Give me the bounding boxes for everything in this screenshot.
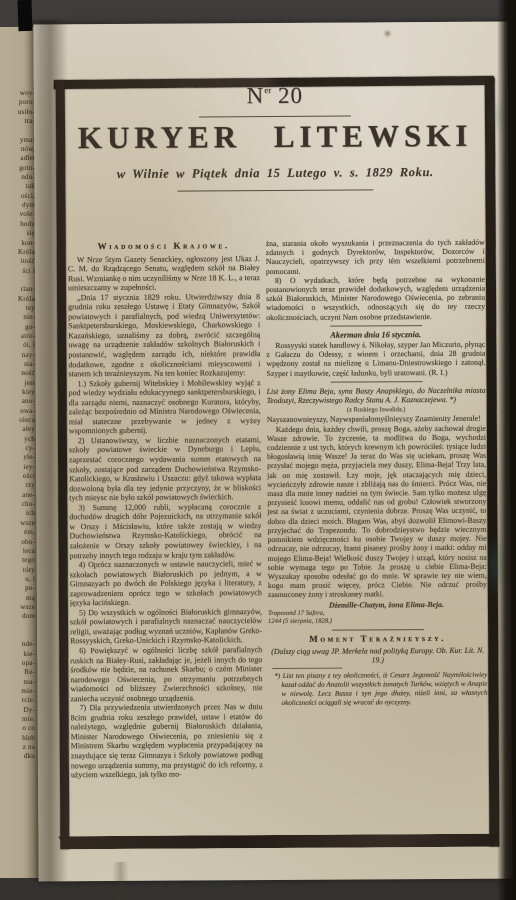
right-column: żna, starania około wyszukania i przezna…	[266, 238, 489, 833]
separator-rule	[332, 629, 424, 631]
paper-crease	[113, 862, 129, 900]
dateline: w Wilnie w Piątek dnia 15 Lutego v. s. 1…	[57, 165, 493, 183]
paragraph: List żony Elima Beja, syna Baszy Anapski…	[267, 386, 486, 406]
text-fragment	[0, 622, 40, 631]
text-fragment: ność	[0, 369, 40, 378]
paragraph: 5) Do wszystkich w ogólności Białoruskic…	[70, 607, 262, 646]
text-fragment: yle-	[0, 453, 40, 462]
text-fragment: Re-	[0, 668, 40, 677]
text-fragment: iey-	[0, 463, 40, 472]
text-fragment: ych	[0, 435, 40, 444]
paragraph: 1.) Szkoły gubernij Witebskiey i Mohilew…	[69, 378, 261, 436]
binding-mark	[17, 0, 32, 31]
text-fragment: owa-	[0, 407, 40, 416]
newspaper-title: KURYER LITEWSKI	[57, 118, 493, 157]
text-fragment: oleca	[0, 416, 40, 425]
page-edge-shadow	[497, 0, 516, 900]
text-fragment: tego	[0, 556, 40, 565]
text-fragment: ości	[0, 472, 40, 481]
text-fragment: kiey	[0, 388, 40, 397]
text-fragment: atór-	[0, 332, 40, 341]
text-fragment: ałey	[0, 425, 40, 434]
text-fragment: wsze	[0, 519, 40, 528]
masthead-rule-bottom	[177, 189, 373, 191]
text-fragment: mą	[0, 594, 40, 603]
text-fragment: go-	[0, 323, 40, 332]
text-fragment: ane-	[0, 491, 40, 500]
text-fragment: z na	[0, 743, 40, 752]
text-fragment	[0, 631, 40, 640]
text-fragment: rzy	[0, 481, 40, 490]
text-fragment: po-	[0, 584, 40, 593]
text-fragment: nie-	[0, 313, 40, 322]
text-fragment: dom	[0, 612, 40, 621]
text-fragment: mie-	[0, 687, 40, 696]
text-fragment: ém,	[0, 528, 40, 537]
text-fragment: obo-	[0, 538, 40, 547]
text-fragment: Dy-	[0, 706, 40, 715]
text-fragment: jest	[0, 379, 40, 388]
text-fragment: mie.	[0, 715, 40, 724]
frame-border-left	[56, 80, 70, 849]
text-fragment: cho-	[0, 500, 40, 509]
text-fragment: hleb	[0, 734, 40, 743]
text-fragment: ma-	[0, 678, 40, 687]
paragraph: Każdego dnia, każdey chwili, proszę Boga…	[267, 423, 487, 599]
paragraph: Moment Teraźnieyszy.	[268, 633, 487, 644]
paragraph: W Nrze 5tym Gazety Senackiey, ogłoszony …	[68, 254, 260, 293]
left-column: Wiadomości Krajowe.W Nrze 5tym Gazety Se…	[68, 239, 264, 834]
text-fragment: nay-	[0, 351, 40, 360]
paragraph: (Dalszy ciąg uwag JP. Merkela nad polity…	[268, 646, 487, 666]
text-fragment: wsze	[0, 603, 40, 612]
text-fragment: opa-	[0, 659, 40, 668]
paragraph: 6) Powiększyć w ogólności liczbę szkół p…	[70, 645, 262, 703]
paragraph: Wiadomości Krajowe.	[68, 241, 260, 252]
text-fragment: o co	[0, 724, 40, 733]
issue-superscript: er	[264, 85, 271, 95]
text-fragment: cy-	[0, 444, 40, 453]
issue-digits: 20	[278, 83, 303, 108]
paragraph: Akerman dnia 16 stycznia.	[266, 330, 485, 341]
text-fragment: ói, i	[0, 341, 40, 350]
issue-number: Ner 20	[57, 82, 493, 111]
text-fragment: ich	[0, 509, 40, 518]
paragraph: żna, starania około wyszukania i przezna…	[266, 238, 485, 276]
masthead-rule-top	[199, 116, 351, 118]
paragraph: 3) Summę 12,000 rubli, wypłacaną coroczn…	[69, 502, 261, 560]
text-fragment: Króla	[0, 295, 40, 304]
text-fragment: u, i	[0, 575, 40, 584]
text-fragment: nde-	[0, 640, 40, 649]
text-fragment: sta-	[0, 360, 40, 369]
text-fragment: dku	[0, 752, 40, 761]
paragraph: 8) O wydatkach, które będą potrzebne na …	[266, 275, 485, 322]
separator-rule	[330, 325, 422, 327]
newspaper-scan: woy-poro-usiło-tra-yma-nów,adłetgoto-ndu…	[0, 0, 516, 900]
paragraph: 1244 (5 sierpnia, 1828.)	[268, 616, 487, 625]
paragraph: 7) Dla przywiedzenia utwierdzonych przez…	[71, 702, 263, 780]
text-fragment: leca	[0, 547, 40, 556]
text-fragment: ano-	[0, 397, 40, 406]
paragraph: 2) Ustanowiwszy, w liczbie naznaczonych …	[69, 435, 261, 503]
separator-rule	[272, 668, 342, 669]
paragraph: Rossyyski statek handlowy ś. Nikołay, sz…	[266, 340, 485, 378]
newspaper-page: Ner 20 KURYER LITEWSKI w Wilnie w Piątek…	[33, 22, 512, 882]
paragraph: „Dnia 17 stycznia 1829 roku. Utwierdziws…	[68, 292, 261, 379]
issue-letter: N	[247, 83, 265, 108]
text-fragment: rcie.	[0, 696, 40, 705]
text-fragment: kie-	[0, 650, 40, 659]
text-fragment: tey	[0, 304, 40, 313]
text-fragment: tóry	[0, 566, 40, 575]
frame-border-bottom	[58, 834, 499, 850]
masthead: Ner 20 KURYER LITEWSKI w Wilnie w Piątek…	[57, 82, 494, 193]
paragraph: 4) Oprócz naznaczonych w ustawie nauczyc…	[70, 559, 262, 608]
separator-rule	[330, 381, 422, 383]
paragraph: *) List ten pisany z tey okoliczności, i…	[268, 671, 487, 708]
